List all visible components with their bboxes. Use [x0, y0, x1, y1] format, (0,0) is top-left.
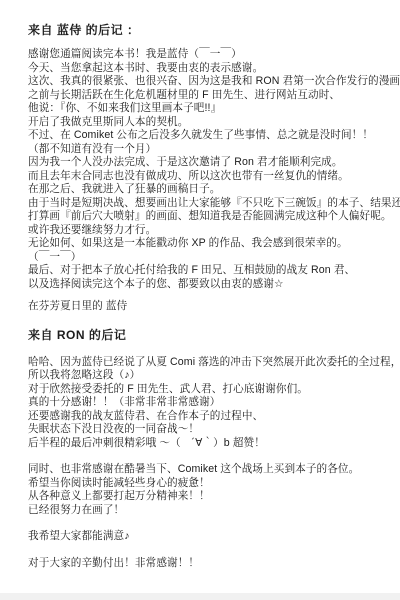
- ron-section-heading: 来自 RON 的后记: [28, 327, 390, 343]
- text-line: 从各种意义上都要打起万分精神来！！: [28, 490, 390, 504]
- text-line: 在那之后、我就进入了狂暴的画稿日子。: [28, 183, 390, 197]
- text-line: 所以我将忽略这段（♪）: [28, 369, 390, 383]
- text-line: 已经很努力在画了！: [28, 504, 390, 518]
- text-line: 同时、也非常感谢在酷暑当下、Comiket 这个战场上买到本子的各位。: [28, 463, 390, 477]
- text-line: 今天、当您拿起这本书时、我要由衷的表示感谢。: [28, 62, 390, 76]
- ron-paragraph-1: 哈哈、因为蓝侍已经说了从夏 Comi 落选的冲击下突然展开此次委托的全过程， 所…: [28, 356, 390, 451]
- text-line: 后半程的最后冲刺很精彩哦 ～（ ´∀｀）b 超赞！: [28, 437, 390, 451]
- afterword-page: 来自 蓝侍 的后记 ： 感谢您通篇阅读完本书！我是蓝侍（￣一￣） 今天、当您拿起…: [0, 0, 400, 600]
- text-line: 而且去年末合同志也没有做成功、所以这次也带有一丝复仇的情绪。: [28, 170, 390, 184]
- text-line: 他说：『你、不如来我们这里画本子吧!!』: [28, 102, 390, 116]
- text-line: 之前与长期活跃在生化危机题材里的 F 田先生、进行网站互动时、: [28, 89, 390, 103]
- text-line: （￣一￣）: [28, 251, 390, 265]
- text-line: 因为我一个人没办法完成、于是这次邀请了 Ron 君才能顺利完成。: [28, 156, 390, 170]
- text-line: 感谢您通篇阅读完本书！我是蓝侍（￣一￣）: [28, 48, 390, 62]
- text-line: 这次、我真的很紧张、也很兴奋、因为这是我和 RON 君第一次合作发行的漫画书。: [28, 75, 390, 89]
- text-line: 打算画『前后穴大喷射』的画面、想知道我是否能圆满完成这种个人偏好呢。: [28, 210, 390, 224]
- text-line: 希望当你阅读时能减轻些身心的疲惫！: [28, 477, 390, 491]
- ron-closing-line-1: 我希望大家都能满意♪: [28, 530, 390, 544]
- text-line: 失眠状态下没日没夜的一同奋战～！: [28, 423, 390, 437]
- text-line: 不过、在 Comiket 公布之后没多久就发生了些事情、总之就是没时间！！: [28, 129, 390, 143]
- text-line: 无论如何、如果这是一本能戳动你 XP 的作品、我会感到很荣幸的。: [28, 237, 390, 251]
- text-line: 由于当时是短期决战、想要画出让大家能够『不只吃下三碗饭』的本子、结果还满意吗？: [28, 197, 390, 211]
- text-line: （都不知道有没有一个月）: [28, 143, 390, 157]
- text-line: 或许我还要继续努力才行。: [28, 224, 390, 238]
- text-line: 最后、对于把本子放心托付给我的 F 田兄、互相鼓励的战友 Ron 君、: [28, 264, 390, 278]
- ron-paragraph-2: 同时、也非常感谢在酷暑当下、Comiket 这个战场上买到本子的各位。 希望当你…: [28, 463, 390, 517]
- scan-edge-artifact: [0, 593, 400, 600]
- ron-closing-line-2: 对于大家的辛勤付出！非常感谢！！: [28, 557, 390, 571]
- text-line: 真的十分感谢！！（非常非常非常感谢）: [28, 396, 390, 410]
- text-line: 开启了我做克里斯同人本的契机。: [28, 116, 390, 130]
- lanshi-signature-line: 在芬芳夏日里的 蓝侍: [28, 300, 390, 314]
- text-line: 还要感谢我的战友蓝侍君、在合作本子的过程中、: [28, 410, 390, 424]
- text-line: 以及选择阅读完这个本子的您、都要致以由衷的感谢☆: [28, 278, 390, 292]
- text-line: 哈哈、因为蓝侍已经说了从夏 Comi 落选的冲击下突然展开此次委托的全过程，: [28, 356, 390, 370]
- lanshi-paragraph: 感谢您通篇阅读完本书！我是蓝侍（￣一￣） 今天、当您拿起这本书时、我要由衷的表示…: [28, 48, 390, 291]
- text-line: 对于欣然接受委托的 F 田先生、武人君、打心底谢谢你们。: [28, 383, 390, 397]
- lanshi-section-heading: 来自 蓝侍 的后记 ：: [28, 22, 390, 38]
